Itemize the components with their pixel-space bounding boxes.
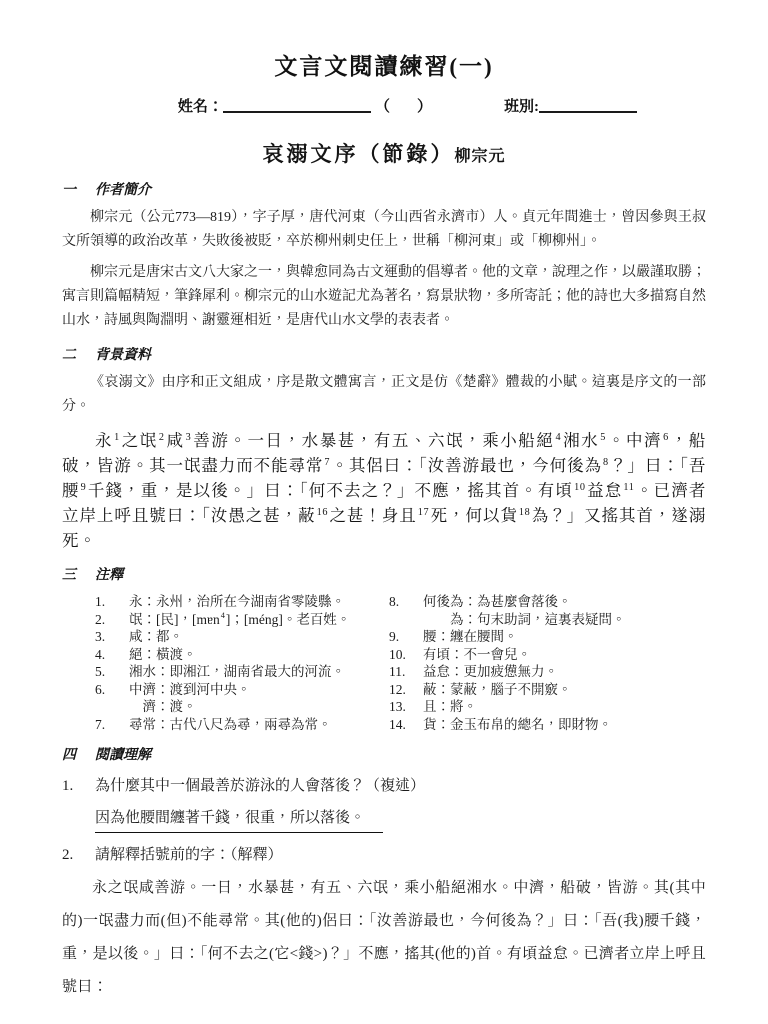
- note-item: 6.中濟：渡到河中央。: [95, 681, 384, 699]
- name-paren: （ ）: [375, 99, 438, 115]
- question-1-answer: 因為他腰間纏著千錢，很重，所以落後。: [95, 808, 383, 833]
- note-number: [95, 698, 129, 716]
- section-number: 三: [62, 567, 95, 584]
- note-item: 7.尋常：古代八尺為尋，兩尋為常。: [95, 716, 384, 734]
- note-item: 8.何後為：為甚麼會落後。: [389, 593, 706, 611]
- section-number: 二: [62, 347, 95, 364]
- note-number: 8.: [389, 593, 423, 611]
- note-text: 何後為：為甚麼會落後。: [423, 593, 706, 611]
- worksheet-title: 文言文閱讀練習(一): [62, 48, 706, 81]
- note-number: 5.: [95, 663, 129, 681]
- note-text: 有頃：不一會兒。: [423, 646, 706, 664]
- section-title: 作者簡介: [95, 182, 151, 199]
- note-item: 4.絕：橫渡。: [95, 646, 384, 664]
- note-text: 且：將。: [423, 698, 706, 716]
- note-number: 6.: [95, 681, 129, 699]
- name-label: 姓名：: [178, 99, 223, 115]
- section-number: 四: [62, 747, 95, 764]
- note-number: 9.: [389, 628, 423, 646]
- notes-columns: 1.永：永州，治所在今湖南省零陵縣。2.氓：[民]，[mɐn4]；[méng]。…: [62, 593, 706, 733]
- question-2-text: 請解釋括號前的字：（解釋）: [95, 845, 283, 866]
- section-heading-author-intro: 一 作者簡介: [62, 182, 706, 199]
- classical-passage: 永1之氓2咸3善游。一日，水暴甚，有五、六氓，乘小船絕4湘水5。中濟6，船破，皆…: [62, 428, 706, 553]
- note-number: 13.: [389, 698, 423, 716]
- note-text: 中濟：渡到河中央。: [129, 681, 384, 699]
- note-number: 7.: [95, 716, 129, 734]
- note-item: 10.有頃：不一會兒。: [389, 646, 706, 664]
- note-item: 5.湘水：即湘江，湖南省最大的河流。: [95, 663, 384, 681]
- note-item: 1.永：永州，治所在今湖南省零陵縣。: [95, 593, 384, 611]
- note-text: 益怠：更加疲憊無力。: [423, 663, 706, 681]
- note-item: 為：句末助詞，這裏表疑問。: [389, 611, 706, 629]
- section-number: 一: [62, 182, 95, 199]
- note-text: 咸：都。: [129, 628, 384, 646]
- question-1: 1. 為什麼其中一個最善於游泳的人會落後？（複述）: [62, 776, 706, 797]
- note-number: 3.: [95, 628, 129, 646]
- note-number: [389, 611, 423, 629]
- note-item: 13.且：將。: [389, 698, 706, 716]
- note-item: 2.氓：[民]，[mɐn4]；[méng]。老百姓。: [95, 611, 384, 629]
- section-title: 背景資料: [95, 347, 151, 364]
- note-text: 腰：纏在腰間。: [423, 628, 706, 646]
- class-label: 班別:: [504, 99, 539, 115]
- section-heading-background: 二 背景資料: [62, 347, 706, 364]
- note-text: 蔽：蒙蔽，腦子不開竅。: [423, 681, 706, 699]
- notes-column-left: 1.永：永州，治所在今湖南省零陵縣。2.氓：[民]，[mɐn4]；[méng]。…: [62, 593, 384, 733]
- note-item: 11.益怠：更加疲憊無力。: [389, 663, 706, 681]
- note-text: 湘水：即湘江，湖南省最大的河流。: [129, 663, 384, 681]
- question-2: 2. 請解釋括號前的字：（解釋）: [62, 845, 706, 866]
- note-number: 12.: [389, 681, 423, 699]
- note-item: 9.腰：纏在腰間。: [389, 628, 706, 646]
- document-page: 文言文閱讀練習(一) 姓名：（ ）班別: 哀溺文序（節錄）柳宗元 一 作者簡介 …: [0, 0, 768, 1024]
- question-1-number: 1.: [62, 776, 95, 797]
- section-heading-comprehension: 四 閱讀理解: [62, 747, 706, 764]
- question-1-answer-row: 因為他腰間纏著千錢，很重，所以落後。: [95, 808, 706, 833]
- background-intro-paragraph: 《哀溺文》由序和正文組成，序是散文體寓言，正文是仿《楚辭》體裁的小賦。這裏是序文…: [62, 371, 706, 419]
- notes-column-right: 8.何後為：為甚麼會落後。為：句末助詞，這裏表疑問。9.腰：纏在腰間。10.有頃…: [384, 593, 706, 733]
- section-heading-notes: 三 注釋: [62, 567, 706, 584]
- note-text: 貨：金玉布帛的總名，即財物。: [423, 716, 706, 734]
- note-item: 3.咸：都。: [95, 628, 384, 646]
- section-title: 注釋: [95, 567, 123, 584]
- note-text: 絕：橫渡。: [129, 646, 384, 664]
- name-class-row: 姓名：（ ）班別:: [178, 95, 706, 116]
- note-number: 14.: [389, 716, 423, 734]
- document-title-text: 哀溺文序（節錄）: [262, 142, 454, 166]
- annotated-passage: 永之氓咸善游。一日，水暴甚，有五、六氓，乘小船絕湘水。中濟，船破，皆游。其(其中…: [62, 872, 706, 1004]
- note-text: 尋常：古代八尺為尋，兩尋為常。: [129, 716, 384, 734]
- question-1-text: 為什麼其中一個最善於游泳的人會落後？（複述）: [95, 776, 425, 797]
- note-number: 10.: [389, 646, 423, 664]
- document-author: 柳宗元: [454, 148, 505, 165]
- author-intro-paragraph-1: 柳宗元（公元773—819），字子厚，唐代河東（今山西省永濟市）人。貞元年間進士…: [62, 206, 706, 254]
- note-text: 氓：[民]，[mɐn4]；[méng]。老百姓。: [129, 611, 384, 629]
- author-intro-paragraph-2: 柳宗元是唐宋古文八大家之一，與韓愈同為古文運動的倡導者。他的文章，說理之作，以嚴…: [62, 261, 706, 333]
- note-text: 為：句末助詞，這裏表疑問。: [423, 611, 706, 629]
- note-text: 永：永州，治所在今湖南省零陵縣。: [129, 593, 384, 611]
- class-blank-line: [539, 97, 637, 113]
- document-title: 哀溺文序（節錄）柳宗元: [62, 138, 706, 168]
- section-title: 閱讀理解: [95, 747, 151, 764]
- question-2-number: 2.: [62, 845, 95, 866]
- note-number: 2.: [95, 611, 129, 629]
- note-number: 11.: [389, 663, 423, 681]
- note-text: 濟：渡。: [129, 698, 384, 716]
- note-item: 濟：渡。: [95, 698, 384, 716]
- name-blank-line: [223, 97, 371, 113]
- note-item: 14.貨：金玉布帛的總名，即財物。: [389, 716, 706, 734]
- note-number: 4.: [95, 646, 129, 664]
- note-item: 12.蔽：蒙蔽，腦子不開竅。: [389, 681, 706, 699]
- note-number: 1.: [95, 593, 129, 611]
